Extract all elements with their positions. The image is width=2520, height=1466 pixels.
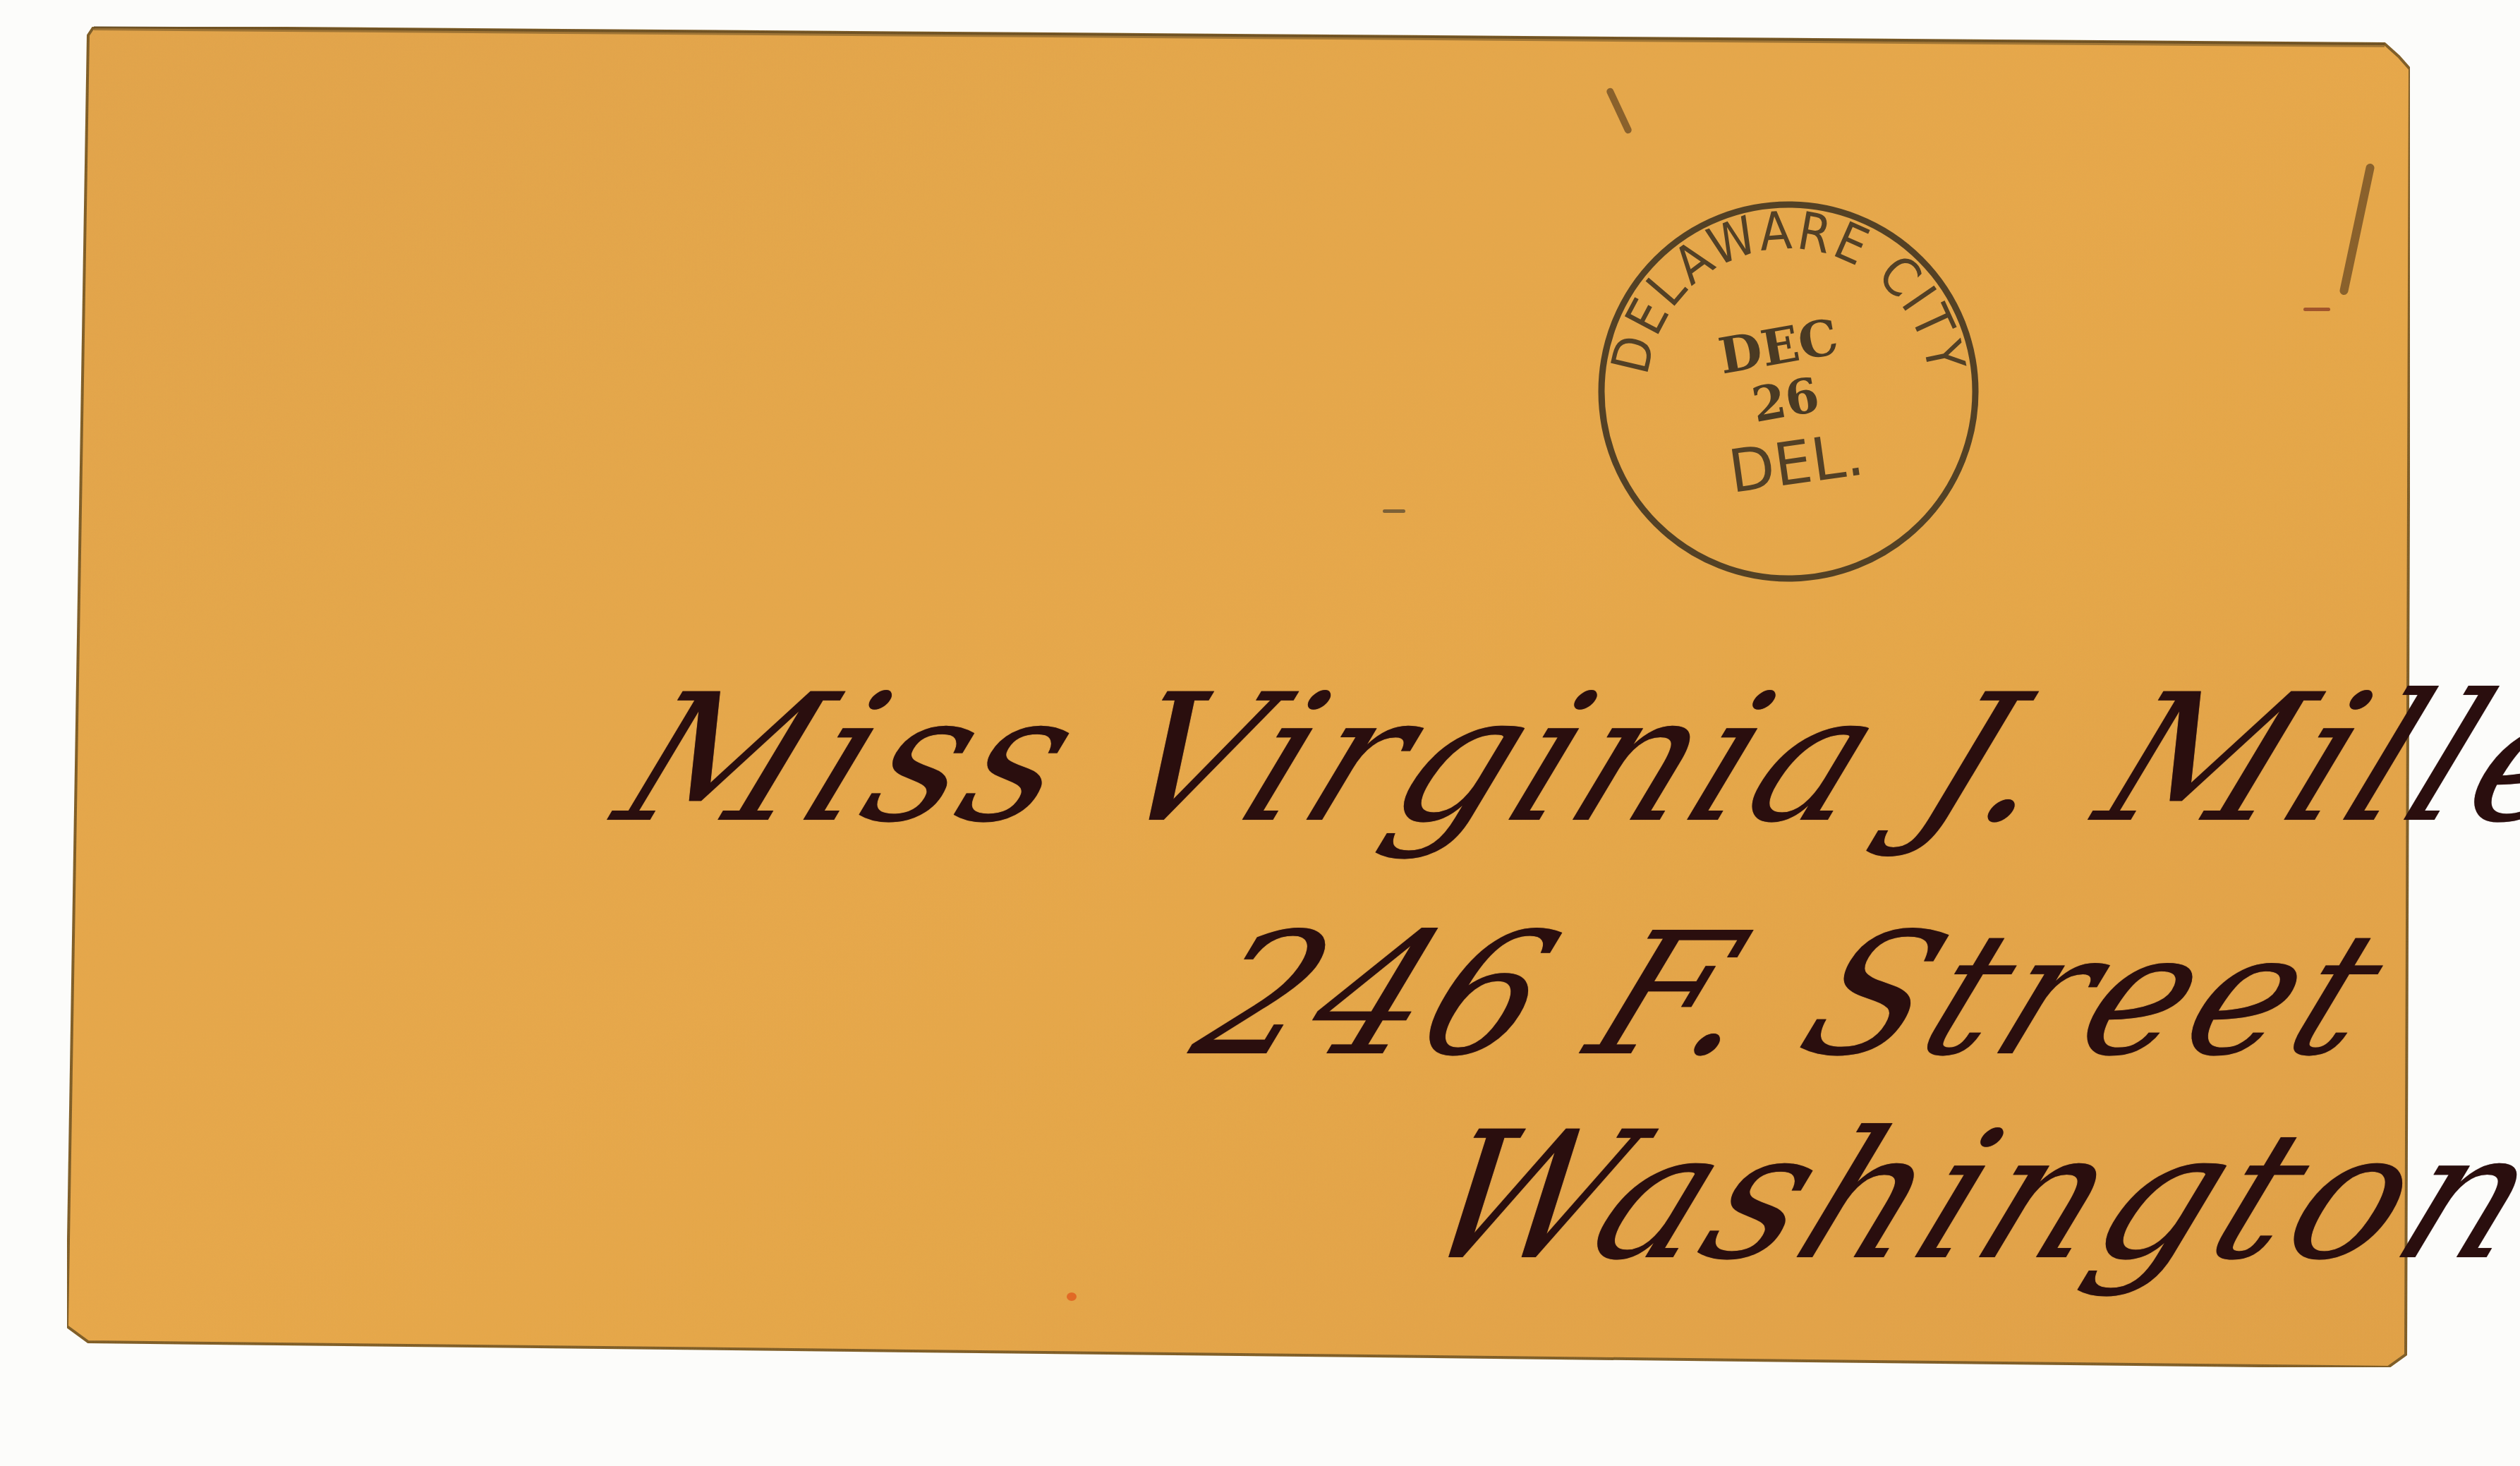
envelope-body xyxy=(67,27,2410,1367)
postmark-day: 26 xyxy=(1747,367,1823,434)
envelope xyxy=(0,0,2520,1466)
ink-dash-right xyxy=(2303,308,2330,311)
postmark-state: DEL. xyxy=(1724,419,1867,507)
postmark: DELAWARE CITY DEL. DEC 26 xyxy=(1591,194,1986,589)
scan-background: DELAWARE CITY DEL. DEC 26 Miss Virginia … xyxy=(0,0,2520,1466)
ink-dash-center xyxy=(1383,509,1405,513)
orange-spot xyxy=(1067,1292,1077,1301)
